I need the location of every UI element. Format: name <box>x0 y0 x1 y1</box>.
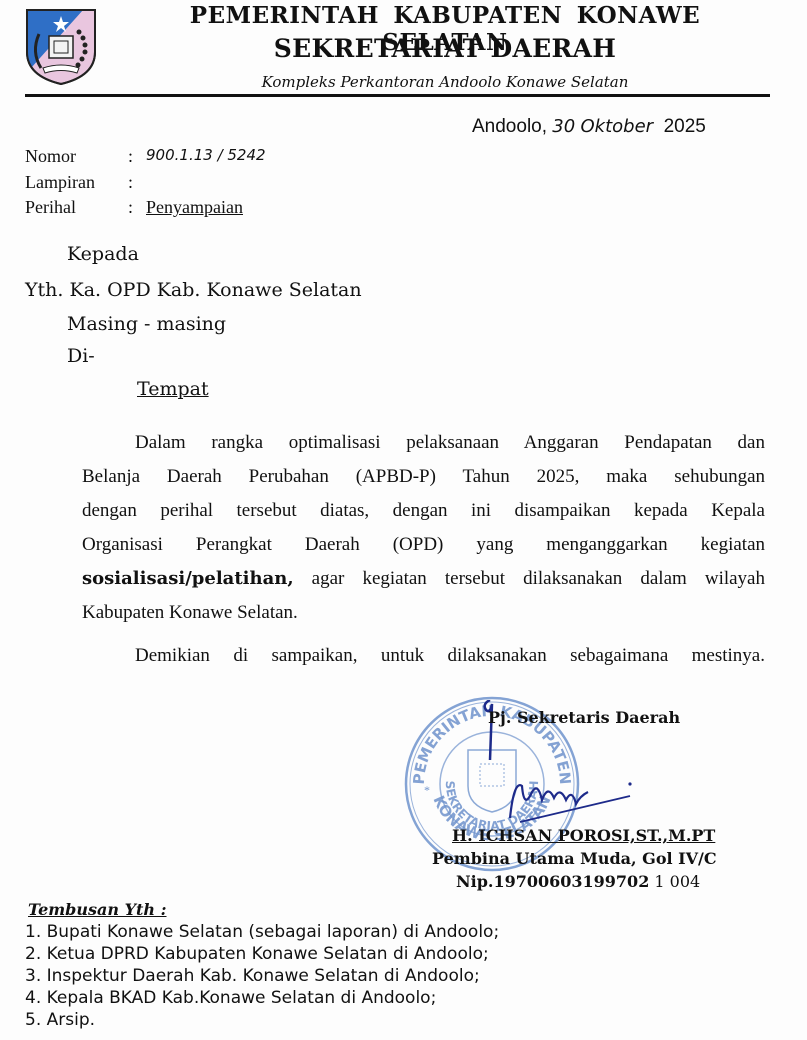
perihal-label: Perihal <box>25 197 76 218</box>
body-line: Belanja Daerah Perubahan (APBD-P) Tahun … <box>82 466 765 488</box>
date-place: Andoolo, <box>472 116 547 137</box>
regency-coat-of-arms-icon <box>23 6 99 86</box>
date-year: 2025 <box>664 116 706 137</box>
nip-suffix: 1 004 <box>649 872 700 891</box>
body-line: dengan perihal tersebut diatas, dengan i… <box>82 500 765 522</box>
closing-paragraph: Demikian di sampaikan, untuk dilaksanaka… <box>135 645 765 667</box>
letterhead-address: Kompleks Perkantoran Andoolo Konawe Sela… <box>125 73 765 91</box>
signatory-name: H. ICHSAN POROSI,ST.,M.PT <box>452 826 715 845</box>
svg-text:*: * <box>424 783 430 797</box>
copies-title: Tembusan Yth : <box>28 900 167 919</box>
nomor-colon: : <box>128 146 133 167</box>
nomor-value: 900.1.13 / 5242 <box>146 146 266 164</box>
addressee-kepada: Kepada <box>67 243 139 265</box>
body-line: Dalam rangka optimalisasi pelaksanaan An… <box>135 432 765 454</box>
nomor-label: Nomor <box>25 146 76 167</box>
addressee-tempat: Tempat <box>137 378 209 400</box>
body-line-emphasis: sosialisasi/pelatihan, agar kegiatan ter… <box>82 568 765 590</box>
body-line: Kabupaten Konawe Selatan. <box>82 602 765 624</box>
date-month: Oktober <box>580 116 653 137</box>
addressee-yth: Yth. Ka. OPD Kab. Konawe Selatan <box>25 279 362 301</box>
date-day: 30 <box>552 116 575 137</box>
nip-number: Nip.19700603199702 <box>456 872 649 891</box>
letterhead-divider <box>25 94 770 97</box>
signatory-rank: Pembina Utama Muda, Gol IV/C <box>432 849 717 868</box>
signatory-role: Pj. Sekretaris Daerah <box>488 708 680 727</box>
activity-emphasis: sosialisasi/pelatihan, <box>82 568 294 589</box>
copy-recipient: 3. Inspektur Daerah Kab. Konawe Selatan … <box>25 966 480 986</box>
body-text: agar kegiatan tersebut dilaksanakan dala… <box>294 568 765 589</box>
perihal-colon: : <box>128 197 133 218</box>
addressee-di: Di- <box>67 345 95 367</box>
copy-recipient: 2. Ketua DPRD Kabupaten Konawe Selatan d… <box>25 944 489 964</box>
lampiran-label: Lampiran <box>25 172 95 193</box>
letterhead-office: SEKRETARIAT DAERAH <box>125 34 765 63</box>
body-line: Organisasi Perangkat Daerah (OPD) yang m… <box>82 534 765 556</box>
letter-date: Andoolo, 30 Oktober 2025 <box>472 116 706 138</box>
copy-recipient: 1. Bupati Konawe Selatan (sebagai lapora… <box>25 922 499 942</box>
signatory-nip: Nip.19700603199702 1 004 <box>456 872 700 891</box>
lampiran-colon: : <box>128 172 133 193</box>
perihal-value: Penyampaian <box>146 197 243 218</box>
copy-recipient: 5. Arsip. <box>25 1010 95 1030</box>
addressee-masing: Masing - masing <box>67 313 226 335</box>
copy-recipient: 4. Kepala BKAD Kab.Konawe Selatan di And… <box>25 988 436 1008</box>
